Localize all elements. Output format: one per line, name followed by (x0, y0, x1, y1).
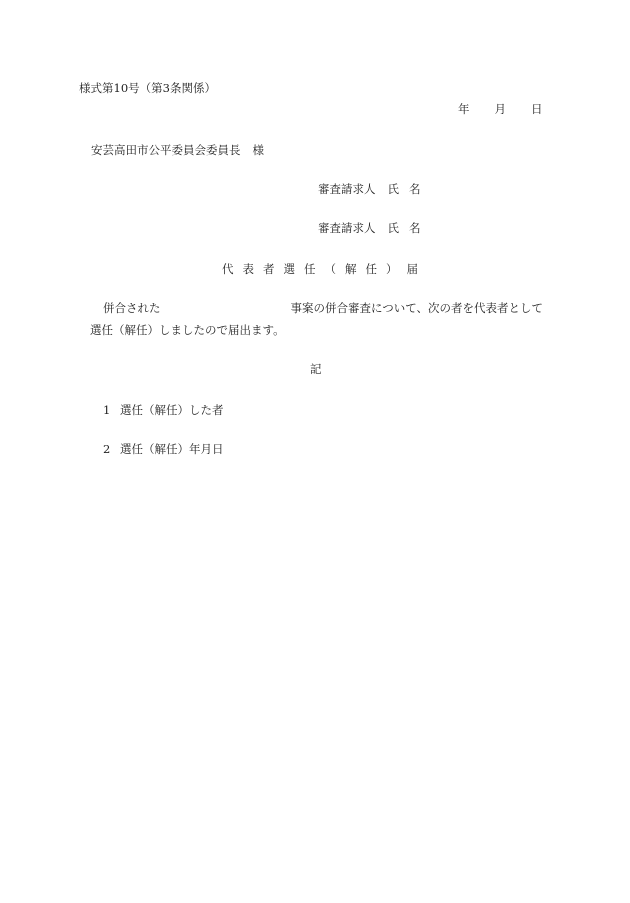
day-label: 日 (531, 104, 543, 116)
addressee: 安芸高田市公平委員会委員長様 (91, 145, 264, 157)
body-line-1: 併合された事案の併合審査について、次の者を代表者として (103, 303, 543, 315)
list-item: 2選任（解任）年月日 (103, 444, 224, 456)
body-line-2: 選任（解任）しましたので届出ます。 (90, 325, 285, 337)
ki-heading: 記 (310, 364, 322, 376)
form-number: 様式第10号（第3条関係） (79, 83, 216, 95)
item-label: 選任（解任）年月日 (120, 442, 224, 456)
addressee-honorific: 様 (253, 143, 265, 157)
body-suffix: 事案の併合審査について、次の者を代表者として (291, 301, 544, 315)
requester-line-2: 審査請求人氏名 (318, 223, 431, 235)
requester-line-1: 審査請求人氏名 (318, 184, 431, 196)
date-line: 年月日 (458, 104, 543, 116)
requester-label: 審査請求人 (318, 221, 376, 235)
document-title: 代表者選任（解任）届 (222, 264, 427, 276)
item-number: 1 (103, 405, 120, 417)
body-prefix: 併合された (103, 301, 161, 315)
item-number: 2 (103, 444, 120, 456)
requester-name-label: 氏名 (388, 182, 431, 196)
requester-label: 審査請求人 (318, 182, 376, 196)
addressee-name: 安芸高田市公平委員会委員長 (91, 143, 241, 157)
month-label: 月 (495, 104, 507, 116)
item-label: 選任（解任）した者 (120, 403, 224, 417)
year-label: 年 (458, 104, 470, 116)
requester-name-label: 氏名 (388, 221, 431, 235)
list-item: 1選任（解任）した者 (103, 405, 224, 417)
